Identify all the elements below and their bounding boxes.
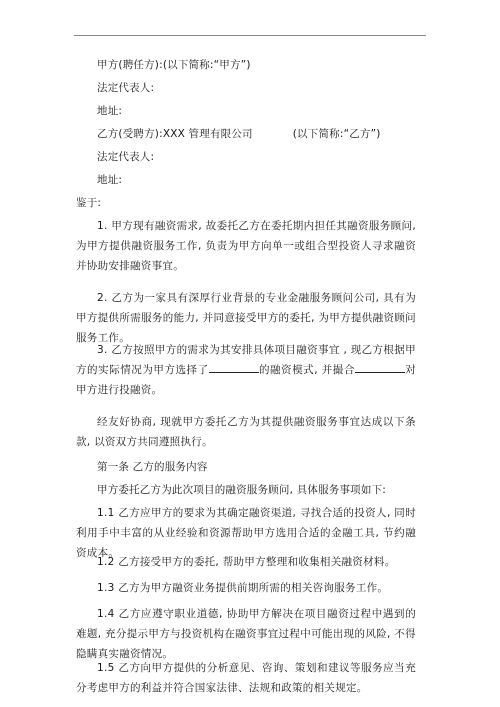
party-a-representative: 法定代表人: (97, 82, 154, 95)
header-rule (74, 35, 426, 36)
recital-item-2: 2. 乙方为一家具有深厚行业背景的专业金融服务顾问公司, 具有为甲方提供所需服务… (76, 288, 416, 348)
party-a-address: 地址: (97, 105, 122, 118)
service-item-1-5: 1.5 乙方向甲方提供的分析意见、咨询、策划和建议等服务应当充分考虑甲方的利益并… (76, 658, 416, 698)
recital-item-3-part2: 的融资模式, 并撮合 (259, 364, 355, 376)
financing-mode-blank[interactable] (209, 362, 259, 373)
party-b-name: 乙方(受聘方):XXX 管理有限公司 (97, 128, 253, 140)
investor-blank[interactable] (355, 362, 405, 373)
service-item-1-4: 1.4 乙方应遵守职业道德, 协助甲方解决在项目融资过程中遇到的难题, 充分提示… (76, 604, 416, 664)
party-b-line: 乙方(受聘方):XXX 管理有限公司(以下简称:“乙方”) (97, 128, 381, 141)
agreement-statement: 经友好协商, 现就甲方委托乙方为其提供融资服务事宜达成以下条款, 以资双方共同遵… (76, 412, 416, 452)
party-b-alias: (以下简称:“乙方”) (293, 128, 381, 140)
service-item-1-2: 1.2 乙方接受甲方的委托, 帮助甲方整理和收集相关融资材料。 (76, 552, 416, 572)
recital-item-1: 1. 甲方现有融资需求, 故委托乙方在委托期内担任其融资服务顾问, 为甲方提供融… (76, 216, 416, 276)
article-1-title: 第一条 乙方的服务内容 (97, 461, 208, 474)
party-b-representative: 法定代表人: (97, 151, 154, 164)
recital-item-3: 3. 乙方按照甲方的需求为其安排具体项目融资事宜 , 现乙方根据甲方的实际情况为… (76, 340, 416, 400)
recitals-heading: 鉴于: (76, 197, 101, 210)
party-a-line: 甲方(聘任方):(以下简称:“甲方”) (97, 59, 251, 72)
article-1-intro: 甲方委托乙方为此次项目的融资服务顾问, 具体服务事项如下: (97, 484, 386, 497)
party-b-address: 地址: (97, 174, 122, 187)
service-item-1-3: 1.3 乙方为甲方融资业务提供前期所需的相关咨询服务工作。 (76, 578, 416, 598)
